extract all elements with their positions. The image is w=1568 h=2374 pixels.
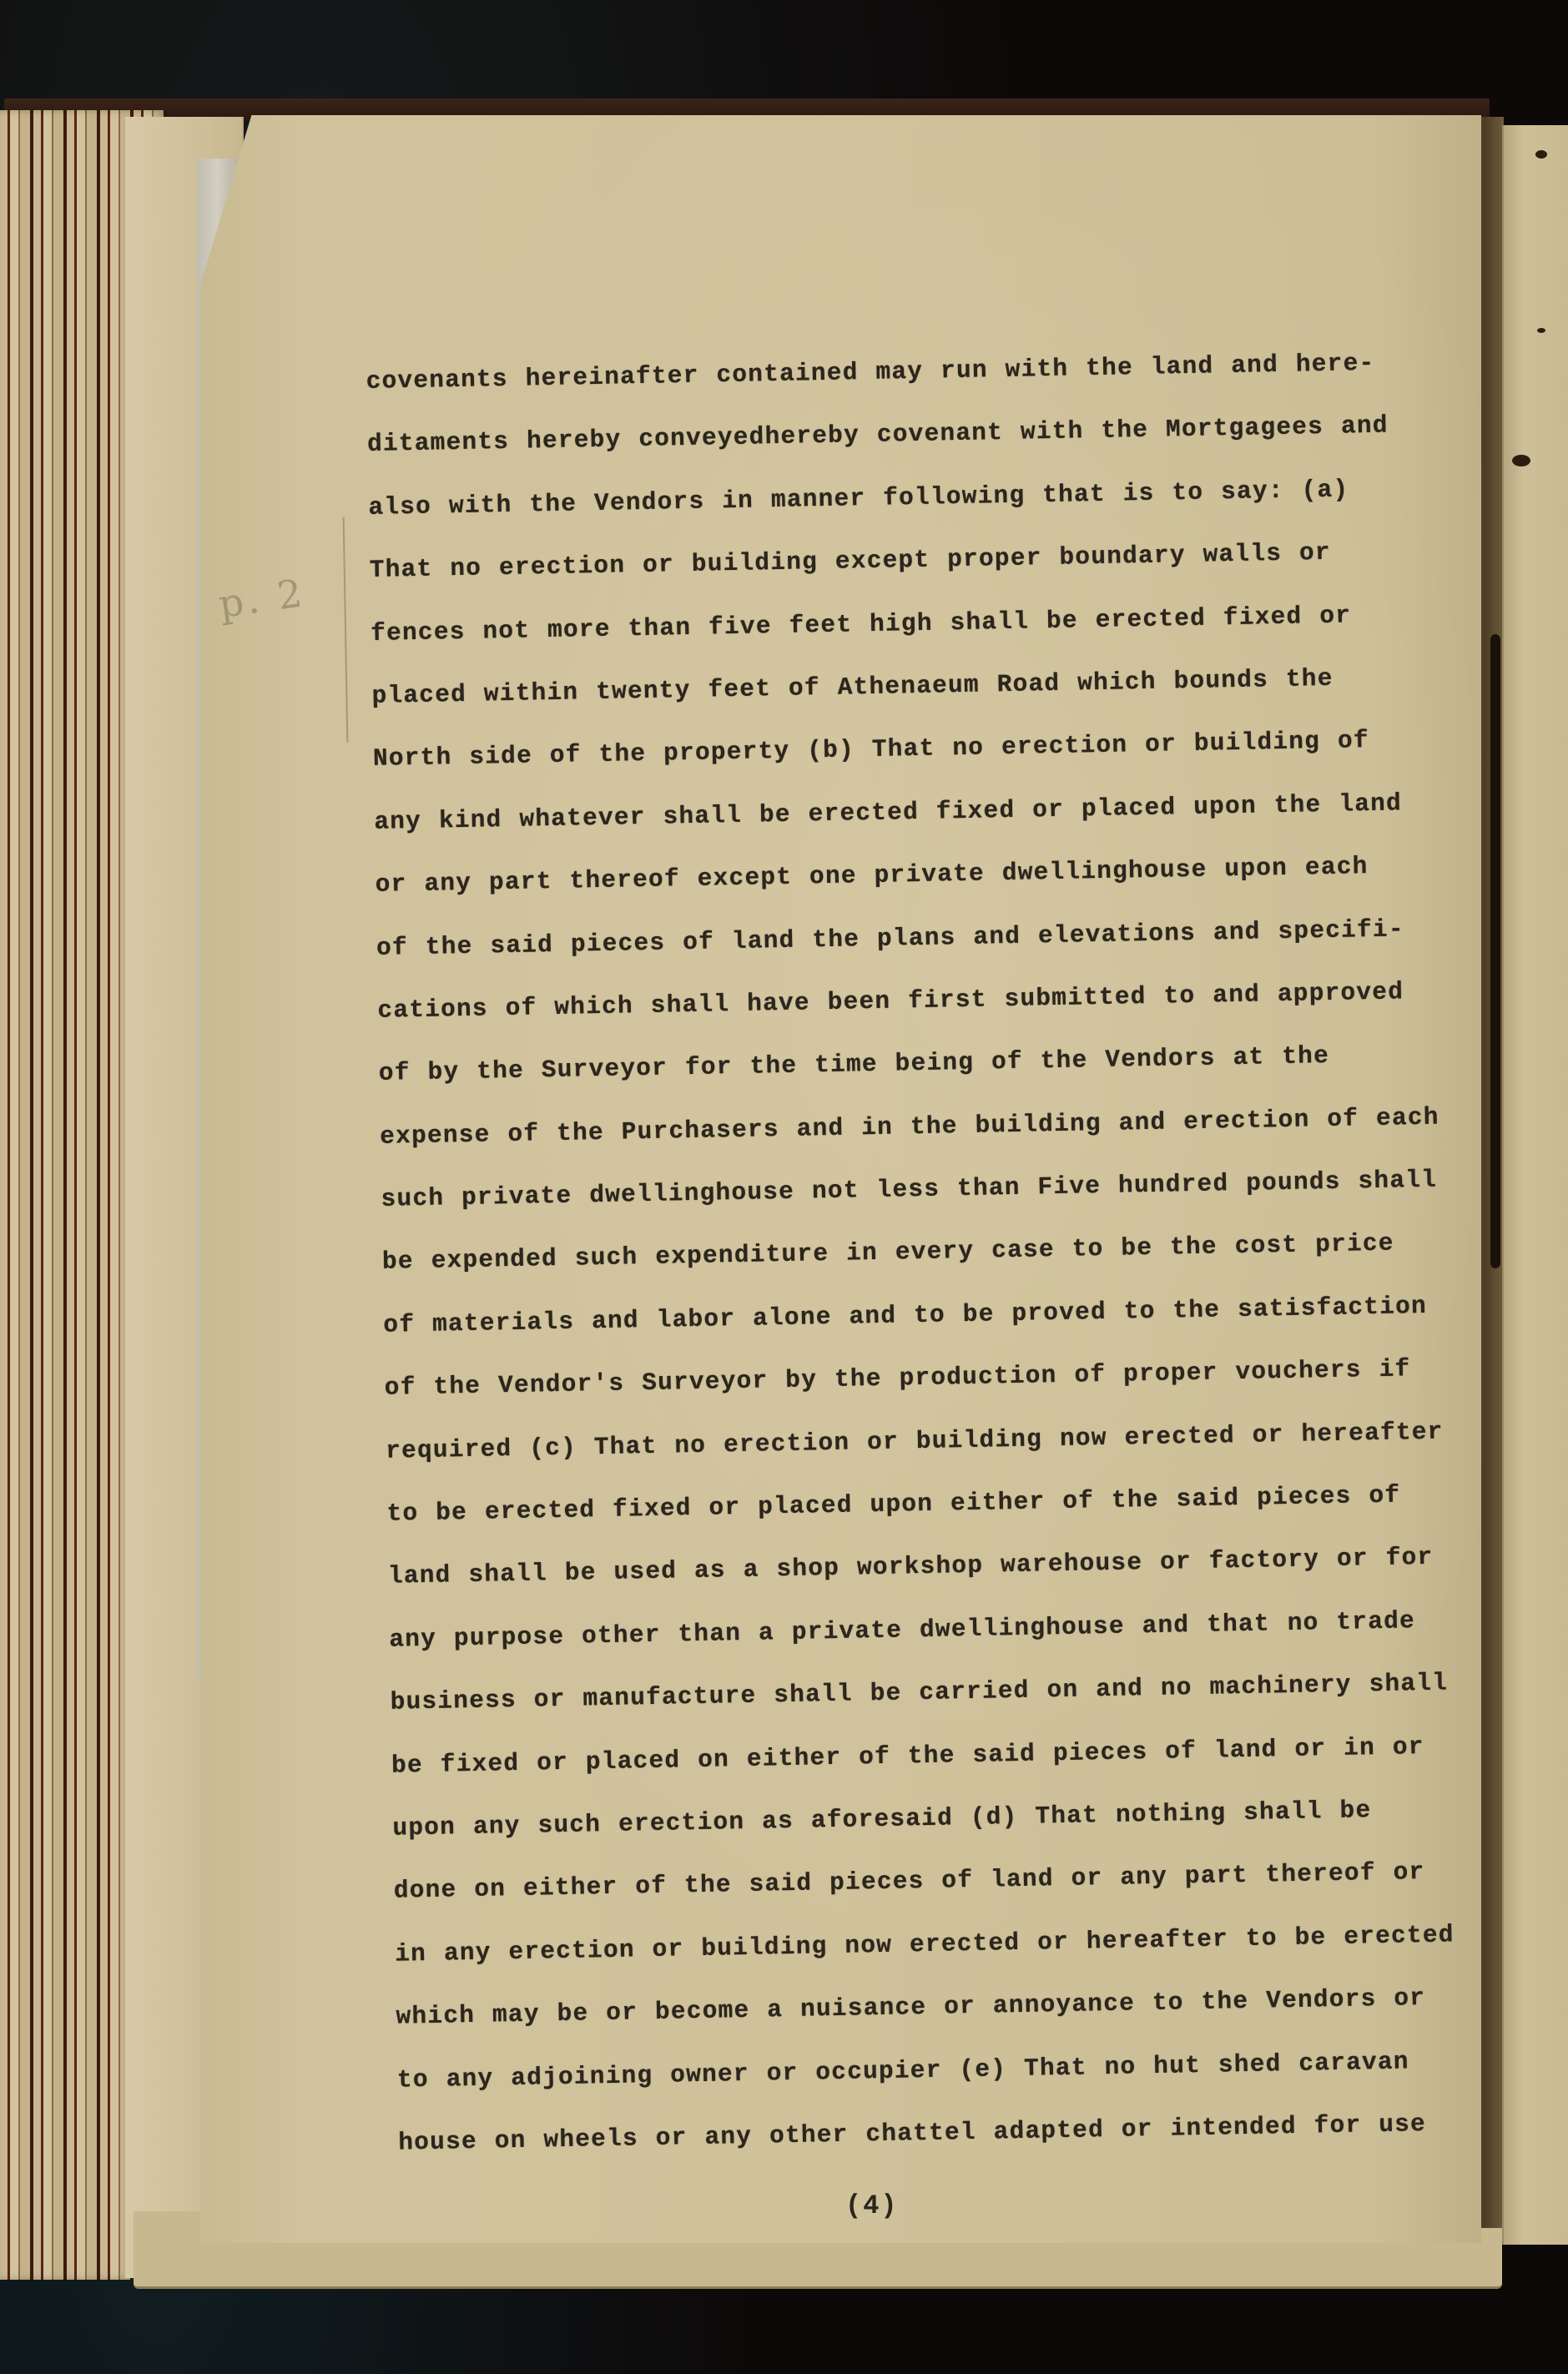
typed-text-body: covenants hereinafter contained may run …: [366, 330, 1509, 2175]
gutter-dark-gap: [1490, 634, 1500, 1268]
paper-tear-hole: [1512, 455, 1530, 466]
page-number: (4): [845, 2190, 899, 2221]
paper-tear-hole: [1537, 328, 1545, 333]
adjacent-page-edge: [1502, 125, 1568, 2245]
paper-tear-hole: [1535, 150, 1547, 159]
